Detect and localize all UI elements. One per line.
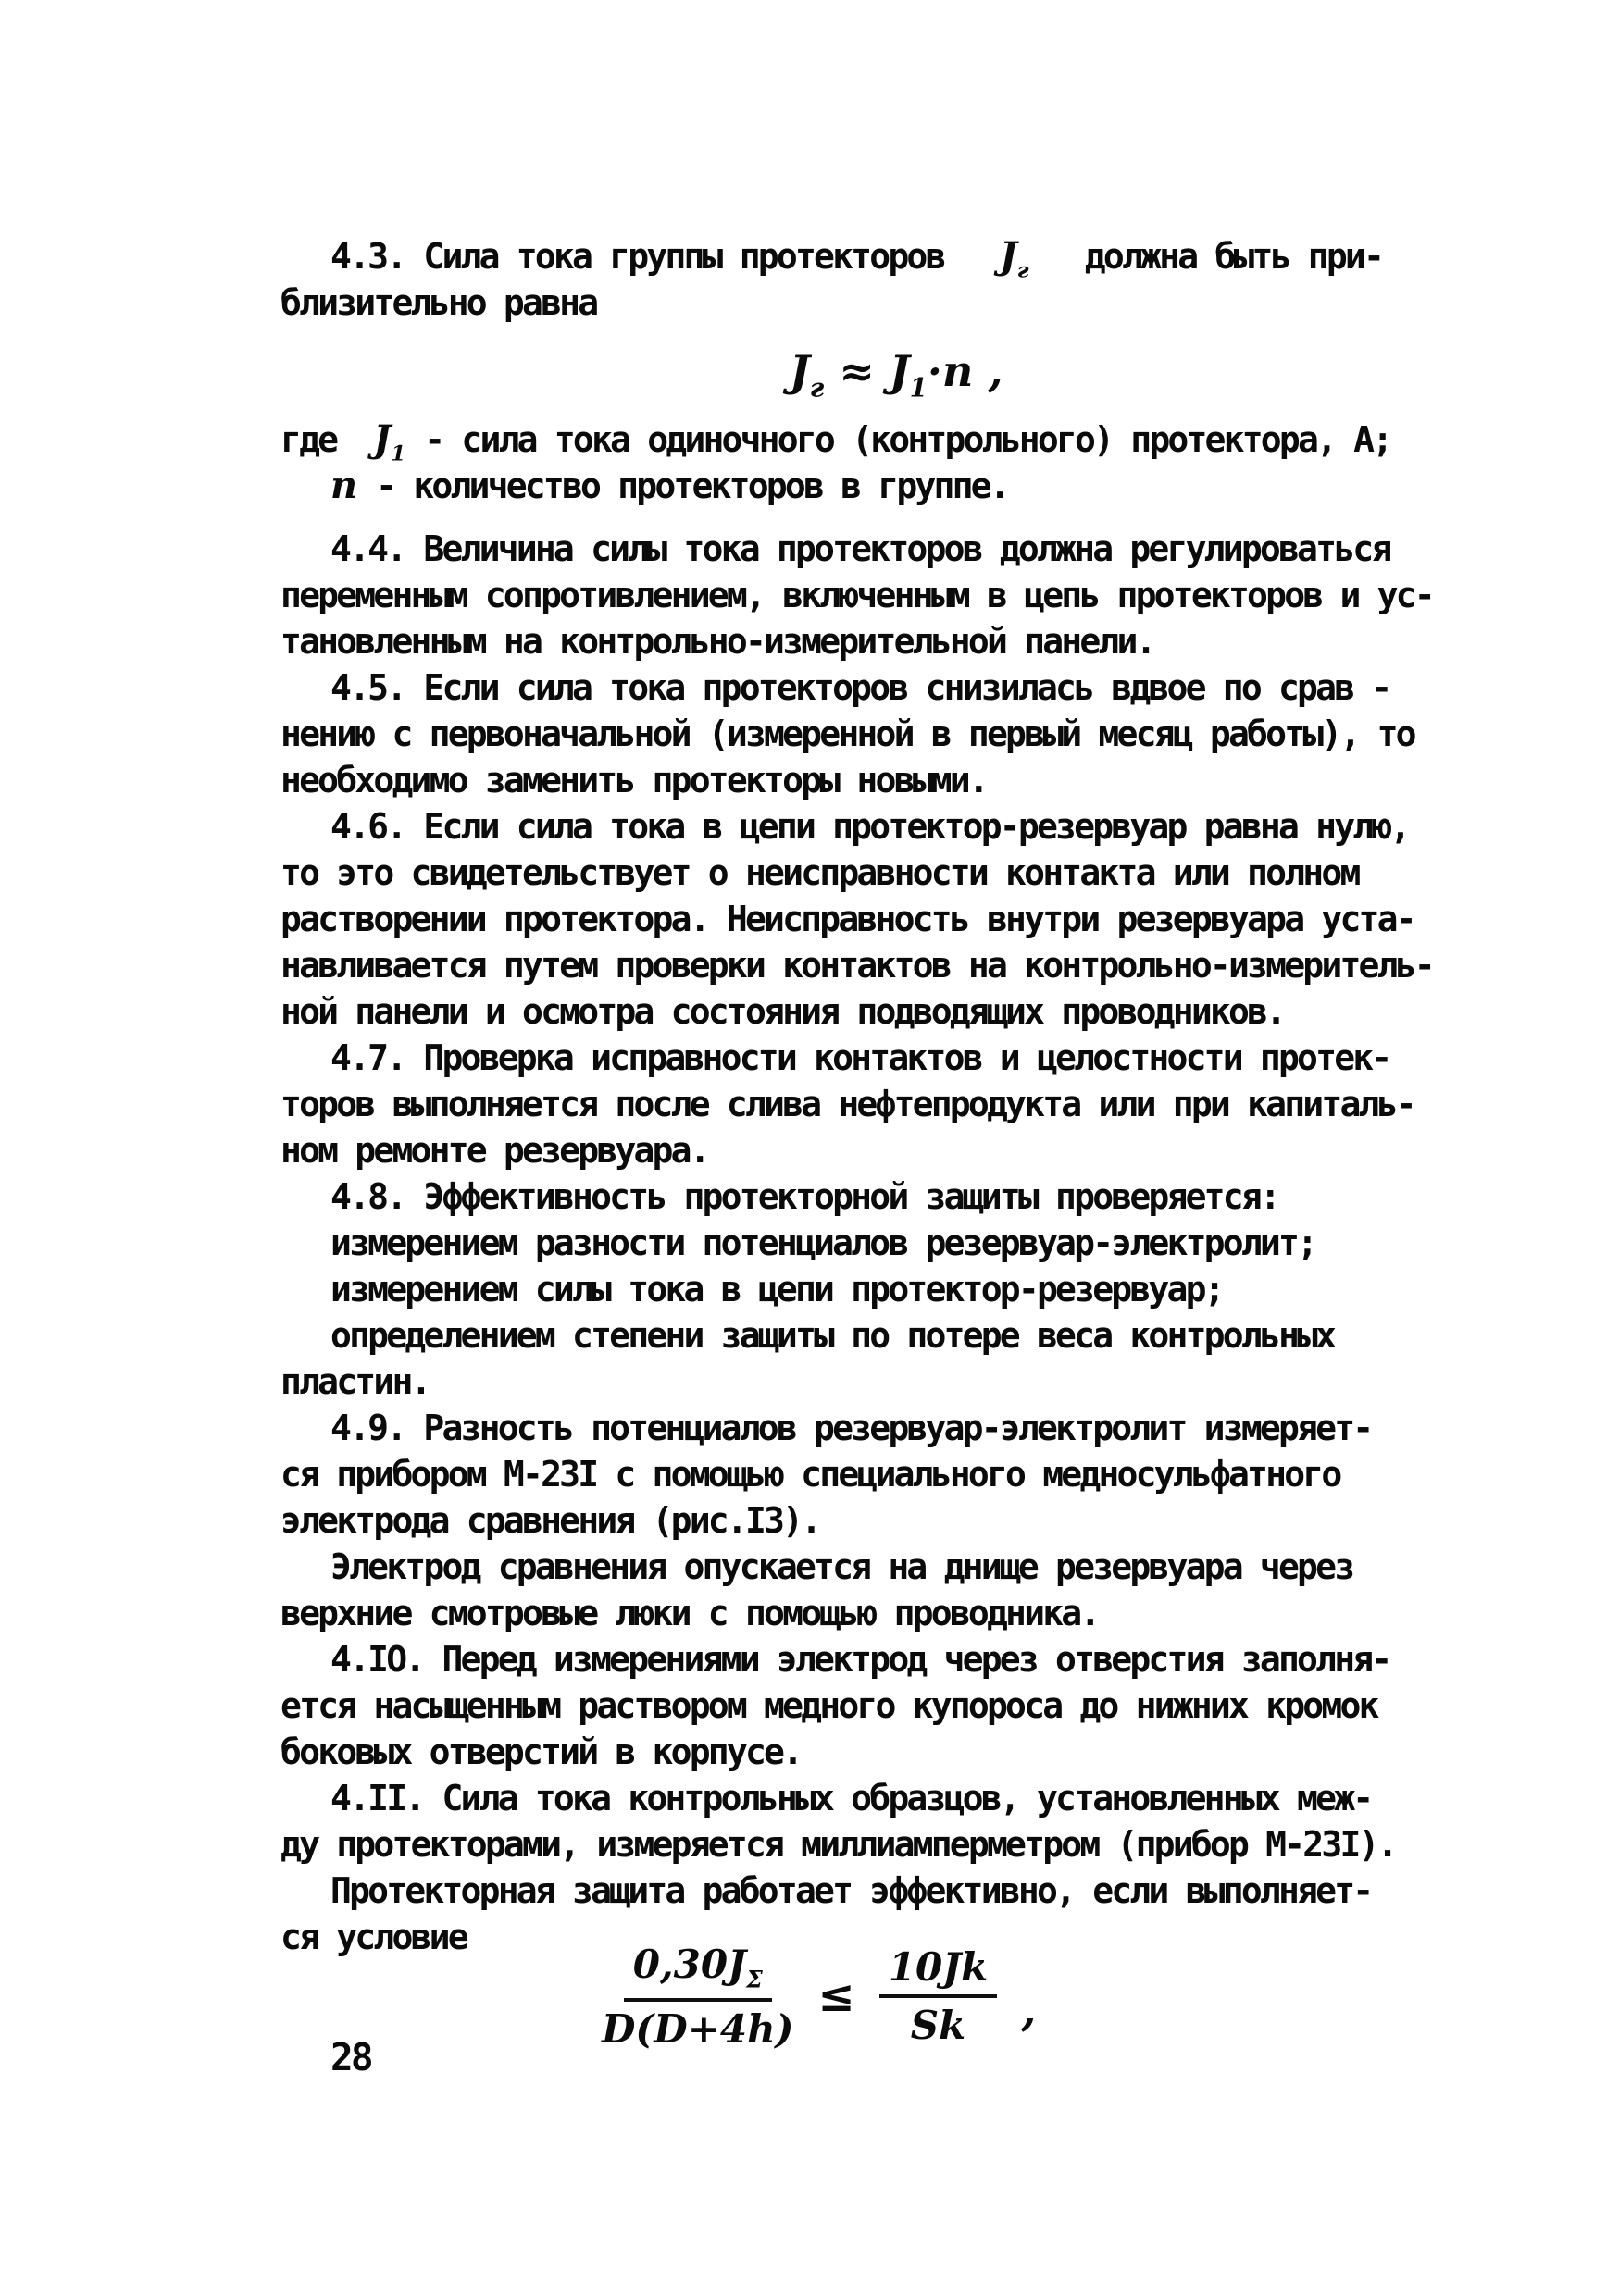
left-fraction: 0,30JΣ D(D+4h) xyxy=(602,1942,794,2052)
text-segment: ся прибором М-23I с помощью специального… xyxy=(280,1454,1339,1495)
text-segment: 4.IO. Перед измерениями электрод через о… xyxy=(330,1639,1389,1680)
text-line: тановленным на контрольно-измерительной … xyxy=(280,618,1475,664)
text-segment: определением степени защиты по потере ве… xyxy=(330,1315,1334,1356)
text-line: ной панели и осмотра состояния подводящи… xyxy=(280,988,1475,1035)
formula-comma: , xyxy=(1021,1985,1036,2052)
text-segment: пластин. xyxy=(280,1361,430,1402)
text-line: ду протекторами, измеряется миллиамперме… xyxy=(280,1821,1475,1868)
text-line: боковых отверстий в корпусе. xyxy=(280,1729,1475,1775)
math-symbol: J xyxy=(373,417,391,461)
text-line: торов выполняется после слива нефтепроду… xyxy=(280,1081,1475,1127)
text-line: Протекторная защита работает эффективно,… xyxy=(280,1868,1475,1914)
text-segment: боковых отверстий в корпусе. xyxy=(280,1731,801,1772)
less-or-equal-sign: ≤ xyxy=(818,1970,855,2022)
math-subscript: г xyxy=(810,373,825,403)
text-line: необходимо заменить протекторы новыми. xyxy=(280,757,1475,803)
text-line: 4.II. Сила тока контрольных образцов, ус… xyxy=(280,1775,1475,1821)
text-segment: 4.4. Величина силы тока протекторов долж… xyxy=(330,528,1389,569)
text-line: 4.IO. Перед измерениями электрод через о… xyxy=(280,1636,1475,1682)
inline-formula: Jг ≈ J1·n , xyxy=(280,326,1475,416)
text-line: 4.6. Если сила тока в цепи протектор-рез… xyxy=(280,803,1475,850)
document-text: 4.3. Сила тока группы протекторов Jг дол… xyxy=(280,233,1475,1960)
text-line: определением степени защиты по потере ве… xyxy=(280,1312,1475,1359)
text-line: измерением силы тока в цепи протектор-ре… xyxy=(280,1266,1475,1312)
left-fraction-denominator: D(D+4h) xyxy=(602,2002,794,2052)
text-segment: ся условие xyxy=(280,1917,467,1957)
text-line: то это свидетельствует о неисправности к… xyxy=(280,850,1475,896)
text-segment: 4.6. Если сила тока в цепи протектор-рез… xyxy=(330,806,1409,847)
text-segment: измерением силы тока в цепи протектор-ре… xyxy=(330,1269,1223,1309)
text-segment: верхние смотровые люки с помощью проводн… xyxy=(280,1593,1098,1633)
text-line: ся прибором М-23I с помощью специального… xyxy=(280,1451,1475,1497)
text-segment: ном ремонте резервуара. xyxy=(280,1130,708,1171)
text-segment: растворении протектора. Неисправность вн… xyxy=(280,899,1414,939)
math-symbol: · xyxy=(928,346,942,396)
math-symbol: n xyxy=(330,464,357,507)
text-line: растворении протектора. Неисправность вн… xyxy=(280,896,1475,942)
text-segment: торов выполняется после слива нефтепроду… xyxy=(280,1084,1414,1124)
text-segment: должна быть при- xyxy=(1029,236,1382,277)
text-line: близительно равна xyxy=(280,279,1475,326)
criterion-formula: 0,30JΣ D(D+4h) ≤ 10Jk Sk , xyxy=(602,1942,1036,2052)
text-line: переменным сопротивлением, включенным в … xyxy=(280,572,1475,618)
text-line: 4.8. Эффективность протекторной защиты п… xyxy=(280,1173,1475,1220)
text-segment: 4.5. Если сила тока протекторов снизилас… xyxy=(330,667,1389,708)
text-segment: близительно равна xyxy=(280,282,596,323)
text-segment: тановленным на контрольно-измерительной … xyxy=(280,621,1154,662)
text-segment: переменным сопротивлением, включенным в … xyxy=(280,575,1433,615)
text-segment: Электрод сравнения опускается на днище р… xyxy=(330,1546,1352,1587)
text-segment: - сила тока одиночного (контрольного) пр… xyxy=(405,419,1390,460)
text-line: Электрод сравнения опускается на днище р… xyxy=(280,1544,1475,1590)
text-segment: то это свидетельствует о неисправности к… xyxy=(280,852,1359,893)
text-segment: ной панели и осмотра состояния подводящи… xyxy=(280,991,1284,1032)
math-symbol: J xyxy=(790,346,810,396)
math-symbol: n xyxy=(942,346,973,396)
text-line: навливается путем проверки контактов на … xyxy=(280,942,1475,988)
text-line: нению с первоначальной (измеренной в пер… xyxy=(280,711,1475,757)
text-segment: необходимо заменить протекторы новыми. xyxy=(280,760,987,800)
text-line: где J1 - сила тока одиночного (контрольн… xyxy=(280,416,1475,463)
right-fraction-denominator: Sk xyxy=(911,1998,965,2048)
text-segment: электрода сравнения (рис.I3). xyxy=(280,1500,819,1541)
page: 4.3. Сила тока группы протекторов Jг дол… xyxy=(0,0,1619,2296)
text-segment: нению с первоначальной (измеренной в пер… xyxy=(280,714,1414,754)
text-segment: - количество протекторов в группе. xyxy=(357,465,1008,506)
text-line: ется насыщенным раствором медного купоро… xyxy=(280,1682,1475,1729)
text-line: пластин. xyxy=(280,1359,1475,1405)
text-line: электрода сравнения (рис.I3). xyxy=(280,1497,1475,1544)
text-line: 4.7. Проверка исправности контактов и це… xyxy=(280,1035,1475,1081)
text-segment: 4.8. Эффективность протекторной защиты п… xyxy=(330,1176,1278,1217)
text-line: верхние смотровые люки с помощью проводн… xyxy=(280,1590,1475,1636)
text-segment: 4.3. Сила тока группы протекторов xyxy=(330,236,1000,277)
math-subscript: 1 xyxy=(910,373,928,403)
text-segment: 4.7. Проверка исправности контактов и це… xyxy=(330,1037,1389,1078)
text-line: 4.3. Сила тока группы протекторов Jг дол… xyxy=(280,233,1475,279)
text-line: 4.5. Если сила тока протекторов снизилас… xyxy=(280,664,1475,711)
math-symbol: J xyxy=(890,346,910,396)
text-segment: навливается путем проверки контактов на … xyxy=(280,945,1433,986)
text-segment: 4.9. Разность потенциалов резервуар-элек… xyxy=(330,1408,1371,1448)
text-segment: ду протекторами, измеряется миллиамперме… xyxy=(280,1824,1396,1865)
text-segment: где xyxy=(280,419,373,460)
page-number: 28 xyxy=(330,2034,371,2080)
text-line: n - количество протекторов в группе. xyxy=(280,463,1475,509)
text-segment: измерением разности потенциалов резервуа… xyxy=(330,1222,1315,1263)
text-segment: ется насыщенным раствором медного купоро… xyxy=(280,1685,1377,1726)
math-symbol: ≈ xyxy=(824,346,890,396)
math-symbol: , xyxy=(973,346,1003,396)
math-symbol: J xyxy=(1000,234,1017,278)
text-line: 4.9. Разность потенциалов резервуар-элек… xyxy=(280,1405,1475,1451)
text-line: ном ремонте резервуара. xyxy=(280,1127,1475,1173)
left-fraction-numerator: 0,30JΣ xyxy=(624,1942,772,2002)
right-fraction-numerator: 10Jk xyxy=(879,1944,997,1998)
math-subscript: г xyxy=(1017,259,1029,283)
right-fraction: 10Jk Sk xyxy=(879,1944,997,2048)
text-segment: 4.II. Сила тока контрольных образцов, ус… xyxy=(330,1778,1371,1818)
text-line: измерением разности потенциалов резервуа… xyxy=(280,1220,1475,1266)
text-line: 4.4. Величина силы тока протекторов долж… xyxy=(280,526,1475,572)
text-segment: Протекторная защита работает эффективно,… xyxy=(330,1870,1371,1911)
